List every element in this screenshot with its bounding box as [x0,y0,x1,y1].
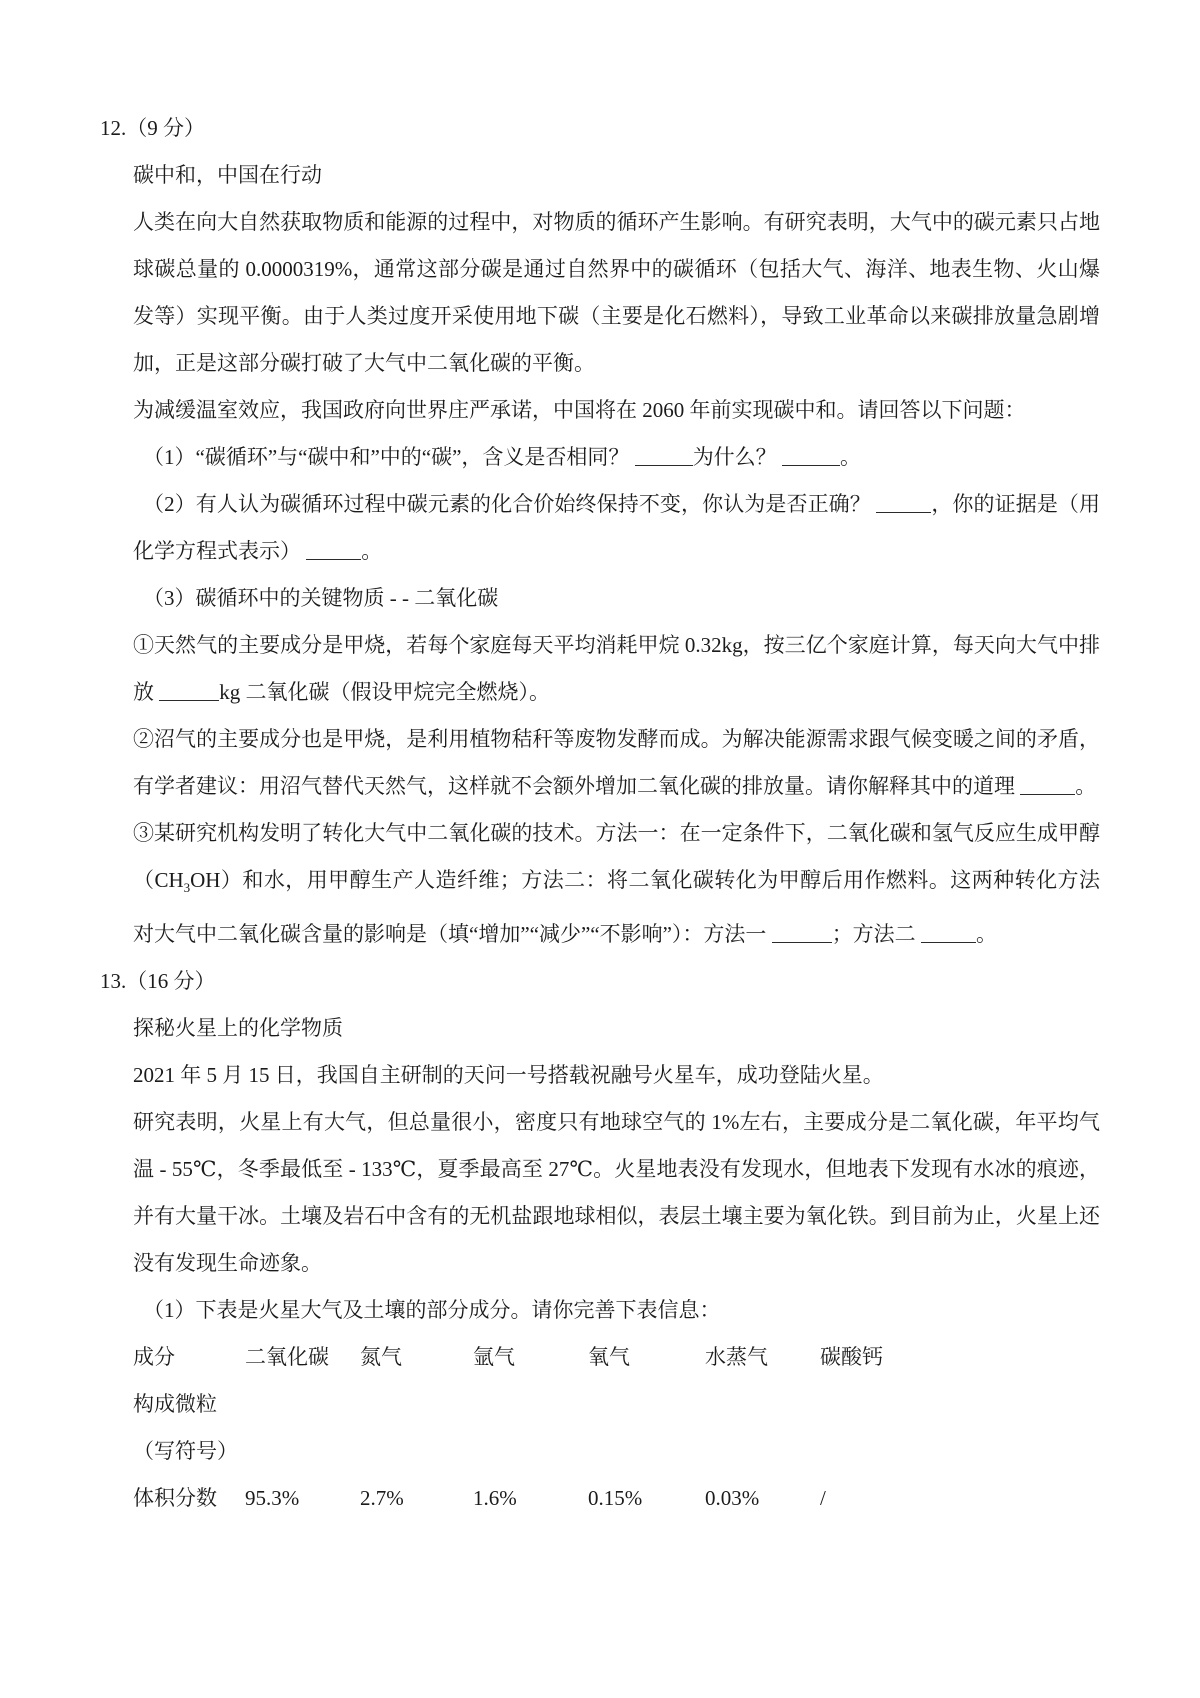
paragraph: （1）下表是火星大气及土壤的部分成分。请你完善下表信息： [133,1287,1100,1334]
table-cell: 2.7% [360,1475,473,1522]
answer-blank [876,509,931,513]
question-number: 12.（9 分） [100,105,1100,152]
paragraph: 碳中和，中国在行动 [133,152,1100,199]
table-cell: 95.3% [245,1475,360,1522]
table-cell: / [820,1475,900,1522]
table-row: 构成微粒（写符号） [133,1381,900,1475]
paragraph: 研究表明，火星上有大气，但总量很小，密度只有地球空气的 1%左右，主要成分是二氧… [133,1099,1100,1287]
subscript: 3 [184,880,191,895]
table-cell: 构成微粒（写符号） [133,1381,245,1475]
table-row: 体积分数95.3%2.7%1.6%0.15%0.03%/ [133,1475,900,1522]
mars-composition-table-wrap: 成分二氧化碳氮气氩气氧气水蒸气碳酸钙构成微粒（写符号）体积分数95.3%2.7%… [133,1334,1100,1522]
paragraph: （3）碳循环中的关键物质 - - 二氧化碳 [133,575,1100,622]
paragraph: 为减缓温室效应，我国政府向世界庄严承诺，中国将在 2060 年前实现碳中和。请回… [133,387,1100,434]
paragraph: （2）有人认为碳循环过程中碳元素的化合价始终保持不变，你认为是否正确？ ，你的证… [133,481,1100,575]
answer-blank [1020,791,1075,795]
question-number: 13.（16 分） [100,958,1100,1005]
paragraph: （1）“碳循环”与“碳中和”中的“碳”，含义是否相同？ 为什么？ 。 [133,434,1100,481]
paragraph: ③某研究机构发明了转化大气中二氧化碳的技术。方法一：在一定条件下，二氧化碳和氢气… [133,810,1100,958]
answer-blank [635,462,693,466]
answer-blank [306,556,361,560]
answer-blank [159,697,219,701]
answer-blank [782,462,840,466]
table-cell: 氩气 [473,1334,588,1381]
table-cell: 体积分数 [133,1475,245,1522]
answer-blank [772,939,832,943]
answer-blank [921,939,976,943]
table-cell: 氧气 [588,1334,705,1381]
table-cell [705,1381,820,1475]
table-cell: 1.6% [473,1475,588,1522]
exam-page: 12.（9 分） 碳中和，中国在行动人类在向大自然获取物质和能源的过程中，对物质… [0,0,1200,1698]
question-body: 探秘火星上的化学物质2021 年 5 月 15 日，我国自主研制的天问一号搭载祝… [133,1005,1100,1334]
paragraph: 2021 年 5 月 15 日，我国自主研制的天问一号搭载祝融号火星车，成功登陆… [133,1052,1100,1099]
table-cell: 氮气 [360,1334,473,1381]
paragraph: 人类在向大自然获取物质和能源的过程中，对物质的循环产生影响。有研究表明，大气中的… [133,199,1100,387]
table-cell: 0.03% [705,1475,820,1522]
question-body: 碳中和，中国在行动人类在向大自然获取物质和能源的过程中，对物质的循环产生影响。有… [133,152,1100,958]
table-cell: 成分 [133,1334,245,1381]
paragraph: 探秘火星上的化学物质 [133,1005,1100,1052]
mars-composition-table: 成分二氧化碳氮气氩气氧气水蒸气碳酸钙构成微粒（写符号）体积分数95.3%2.7%… [133,1334,900,1522]
paragraph: ①天然气的主要成分是甲烧，若每个家庭每天平均消耗甲烷 0.32kg，按三亿个家庭… [133,622,1100,716]
table-cell [588,1381,705,1475]
question-12: 12.（9 分） 碳中和，中国在行动人类在向大自然获取物质和能源的过程中，对物质… [100,105,1100,958]
paragraph: ②沼气的主要成分也是甲烧，是利用植物秸秆等废物发酵而成。为解决能源需求跟气候变暖… [133,716,1100,810]
table-cell [820,1381,900,1475]
table-cell [360,1381,473,1475]
table-cell: 碳酸钙 [820,1334,900,1381]
table-cell [473,1381,588,1475]
question-13: 13.（16 分） 探秘火星上的化学物质2021 年 5 月 15 日，我国自主… [100,958,1100,1522]
table-row: 成分二氧化碳氮气氩气氧气水蒸气碳酸钙 [133,1334,900,1381]
table-cell [245,1381,360,1475]
table-cell: 0.15% [588,1475,705,1522]
table-cell: 水蒸气 [705,1334,820,1381]
table-cell: 二氧化碳 [245,1334,360,1381]
